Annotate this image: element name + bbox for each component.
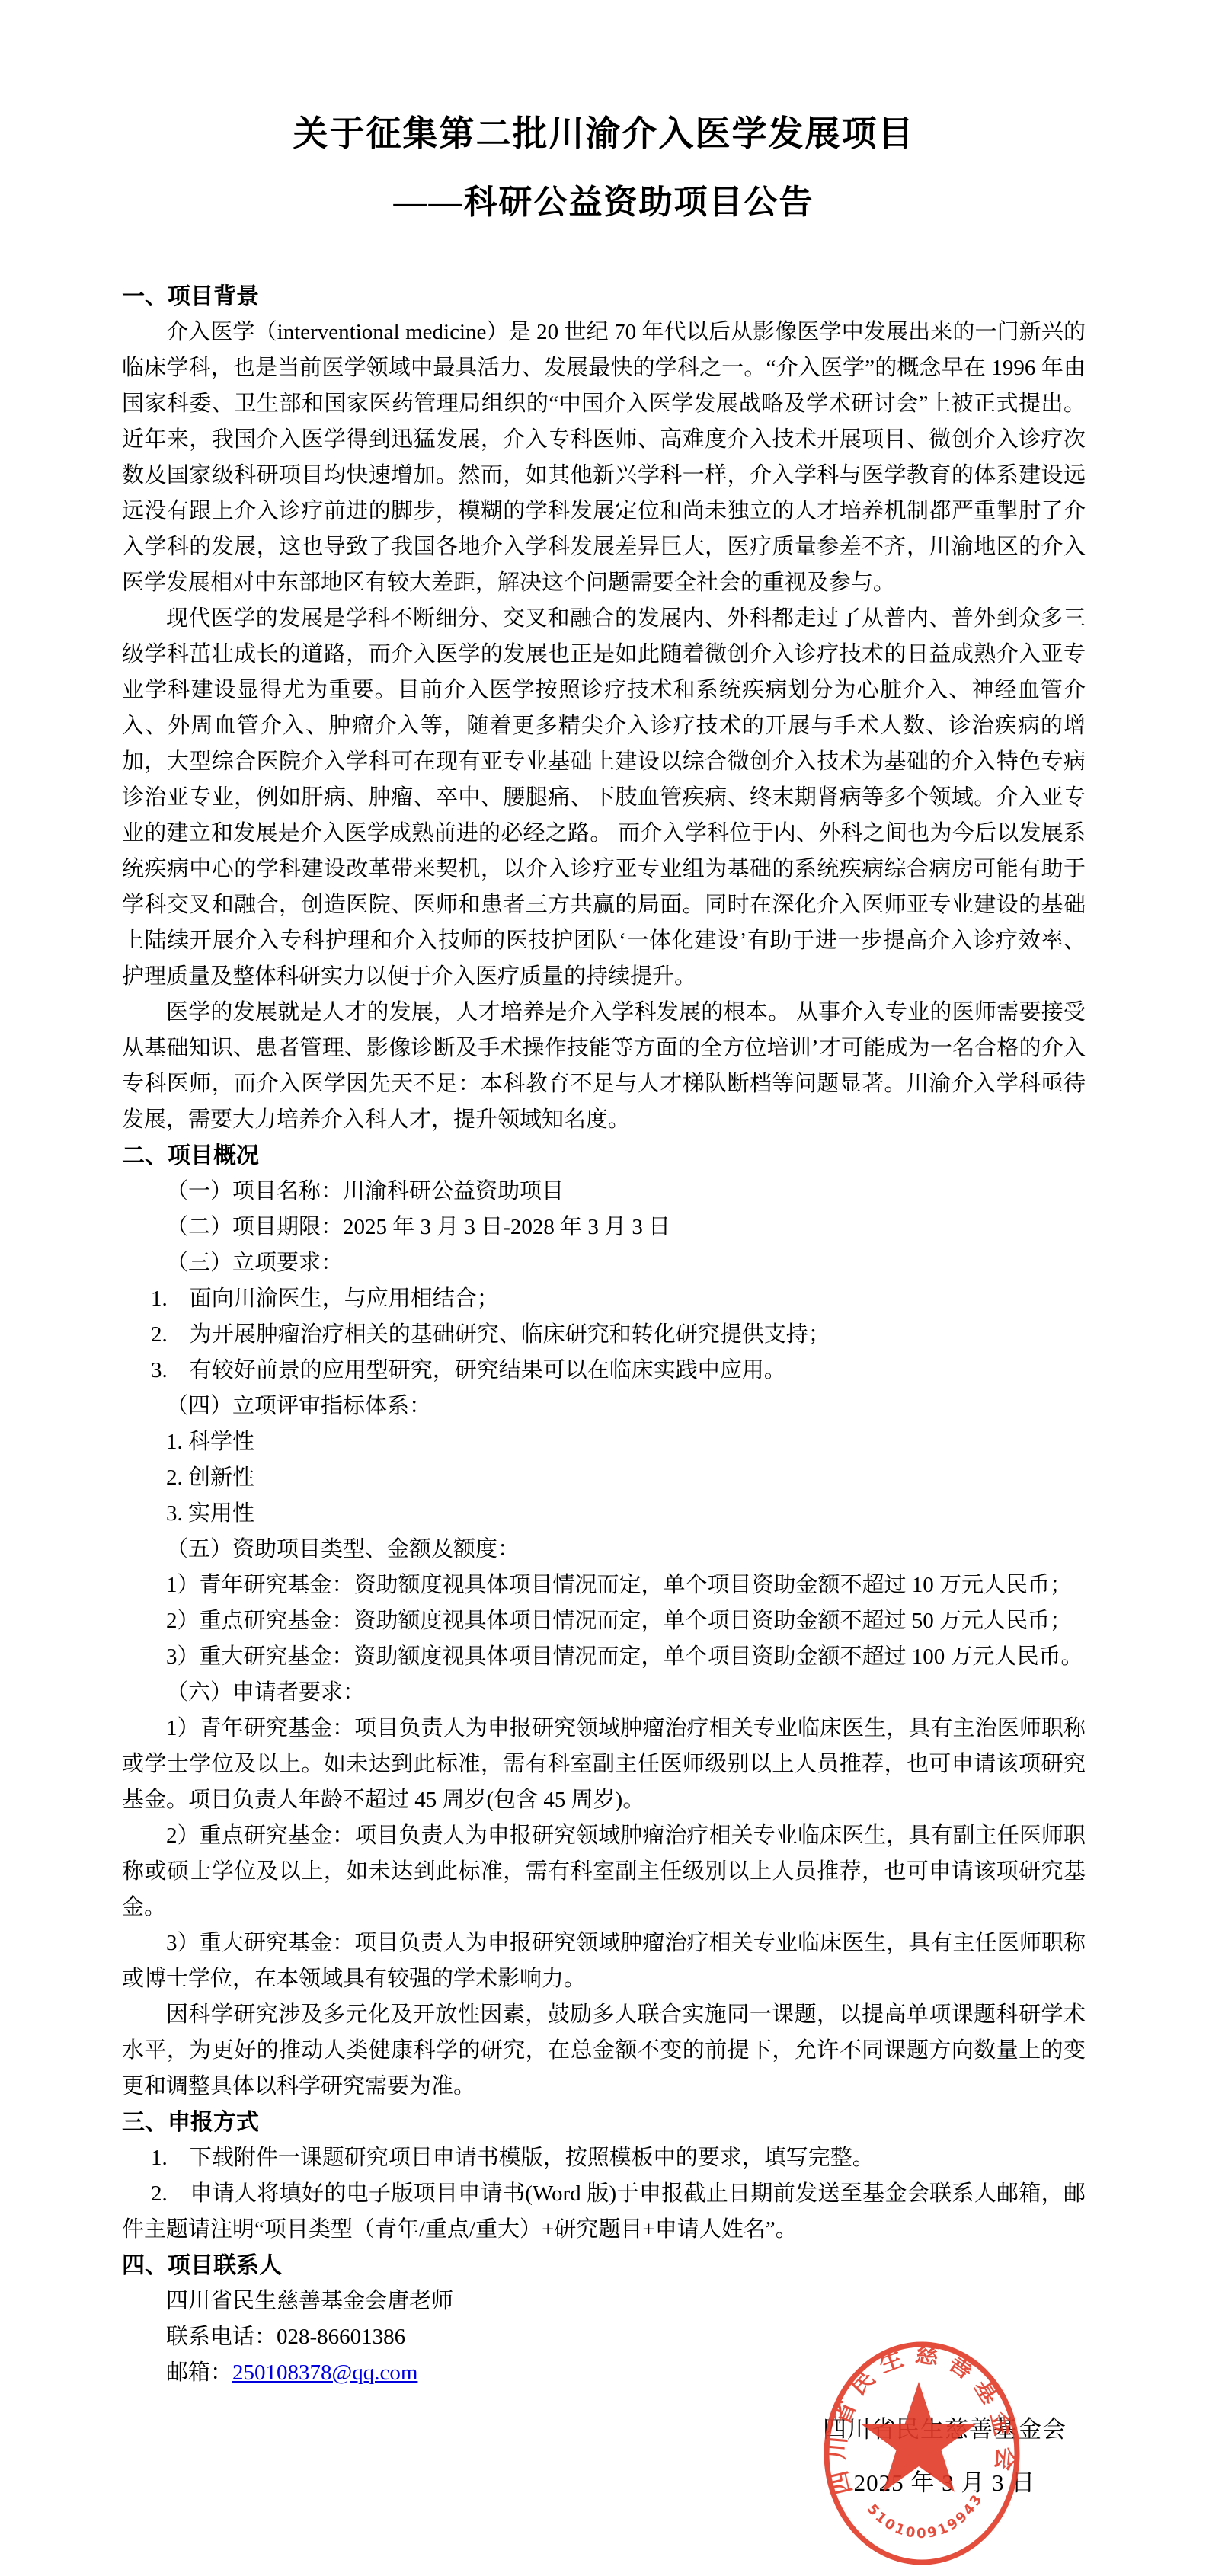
doc-title: 关于征集第二批川渝介入医学发展项目 ——科研公益资助项目公告 (122, 113, 1086, 222)
paragraph: （一）项目名称：川渝科研公益资助项目 (122, 1174, 1086, 1210)
paragraph: 3）重大研究基金：项目负责人为申报研究领域肿瘤治疗相关专业临床医生，具有主任医师… (122, 1926, 1086, 1997)
paragraph: 现代医学的发展是学科不断细分、交叉和融合的发展内、外科都走过了从普内、普外到众多… (122, 601, 1086, 995)
paragraph: （六）申请者要求： (122, 1675, 1086, 1711)
numbered-item: 1. 下载附件一课题研究项目申请书模版，按照模板中的要求，填写完整。 (122, 2140, 1086, 2176)
paragraph: 2）重点研究基金：资助额度视具体项目情况而定，单个项目资助金额不超过 50 万元… (122, 1603, 1086, 1639)
signature-org: 四川省民生慈善基金会 (823, 2403, 1067, 2456)
paragraph: （三）立项要求： (122, 1245, 1086, 1281)
numbered-item: 2. 申请人将填好的电子版项目申请书(Word 版)于申报截止日期前发送至基金会… (122, 2176, 1086, 2248)
doc-title-line1: 关于征集第二批川渝介入医学发展项目 (122, 113, 1086, 155)
section-heading: 三、申报方式 (122, 2105, 1086, 2140)
section-heading: 一、项目背景 (122, 279, 1086, 315)
doc-body: 一、项目背景介入医学（interventional medicine）是 20 … (122, 279, 1086, 2391)
paragraph: 2. 创新性 (122, 1460, 1086, 1496)
document-page: 关于征集第二批川渝介入医学发展项目 ——科研公益资助项目公告 一、项目背景介入医… (0, 0, 1209, 2576)
paragraph: 因科学研究涉及多元化及开放性因素，鼓励多人联合实施同一课题，以提高单项课题科研学… (122, 1997, 1086, 2105)
paragraph: 1）青年研究基金：资助额度视具体项目情况而定，单个项目资助金额不超过 10 万元… (122, 1568, 1086, 1603)
paragraph: 医学的发展就是人才的发展，人才培养是介入学科发展的根本。 从事介入专业的医师需要… (122, 995, 1086, 1138)
doc-title-line2: ——科研公益资助项目公告 (122, 183, 1086, 222)
numbered-item: 1. 面向川渝医生，与应用相结合； (122, 1281, 1086, 1317)
paragraph: （五）资助项目类型、金额及额度： (122, 1532, 1086, 1568)
paragraph: 介入医学（interventional medicine）是 20 世纪 70 … (122, 315, 1086, 601)
section-heading: 二、项目概况 (122, 1138, 1086, 1174)
paragraph: 3. 实用性 (122, 1496, 1086, 1532)
numbered-item: 2. 为开展肿瘤治疗相关的基础研究、临床研究和转化研究提供支持； (122, 1317, 1086, 1353)
paragraph: 1. 科学性 (122, 1424, 1086, 1460)
section-heading: 四、项目联系人 (122, 2248, 1086, 2284)
email-link[interactable]: 250108378@qq.com (232, 2360, 417, 2385)
paragraph: 1）青年研究基金：项目负责人为申报研究领域肿瘤治疗相关专业临床医生，具有主治医师… (122, 1711, 1086, 1818)
paragraph: 3）重大研究基金：资助额度视具体项目情况而定，单个项目资助金额不超过 100 万… (122, 1639, 1086, 1675)
signature-date: 2025 年 3 月 3 日 (823, 2456, 1067, 2510)
paragraph: 四川省民生慈善基金会唐老师 (122, 2284, 1086, 2319)
numbered-item: 3. 有较好前景的应用型研究，研究结果可以在临床实践中应用。 (122, 1353, 1086, 1389)
email-label: 邮箱： (166, 2360, 232, 2385)
paragraph: 联系电话：028-86601386 (122, 2319, 1086, 2355)
paragraph: （四）立项评审指标体系： (122, 1389, 1086, 1424)
paragraph: （二）项目期限：2025 年 3 月 3 日-2028 年 3 月 3 日 (122, 1210, 1086, 1245)
paragraph: 2）重点研究基金：项目负责人为申报研究领域肿瘤治疗相关专业临床医生，具有副主任医… (122, 1818, 1086, 1926)
signature-block: 四川省民生慈善基金会 2025 年 3 月 3 日 四川省民生慈善基金会 510… (823, 2403, 1067, 2510)
contact-email-line: 邮箱：250108378@qq.com (122, 2355, 1086, 2391)
